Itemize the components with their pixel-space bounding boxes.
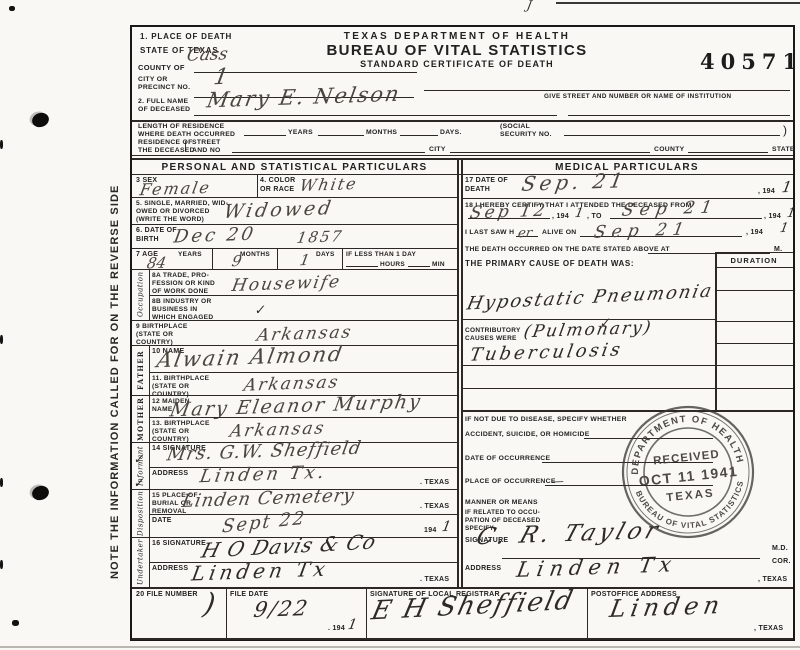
days-label: DAYS. <box>440 129 462 137</box>
punch-hole <box>30 111 50 130</box>
age-years-label: YEARS <box>178 251 202 259</box>
hours-label: HOURS <box>380 261 405 269</box>
father-side-label: FATHER <box>132 345 149 395</box>
contributory-2: Tuberculosis <box>468 339 625 365</box>
death-certificate-scan: J NOTE THE INFORMATION CALLED FOR ON THE… <box>0 0 800 650</box>
informant-addr-label: ADDRESS <box>152 470 188 479</box>
physician-address: Linden Tx <box>515 552 679 582</box>
rule-line <box>568 115 790 116</box>
bureau-title: BUREAU OF VITAL STATISTICS <box>287 42 627 59</box>
burial-date-label: DATE <box>152 517 172 526</box>
ssn-label: (SOCIAL SECURITY NO. <box>500 123 552 140</box>
not-disease-label: IF NOT DUE TO DISEASE, SPECIFY WHETHER <box>465 416 627 424</box>
rule-line <box>132 248 457 249</box>
date-occurrence-label: DATE OF OCCURRENCE <box>465 455 550 463</box>
primary-cause-value: Hypostatic Pneumonia <box>465 280 715 314</box>
county2-label: COUNTY <box>654 146 685 154</box>
file-number-label: 20 FILE NUMBER <box>136 591 198 600</box>
pen-mark: J <box>526 0 533 12</box>
mother-birthplace-label: 13. BIRTHPLACE (STATE OR COUNTRY) <box>152 420 210 445</box>
rule-line <box>244 135 286 136</box>
cell-divider <box>226 587 227 638</box>
registration-number: 40571 <box>700 49 800 74</box>
cell-divider <box>277 248 278 269</box>
industry-label: 8B INDUSTRY OR BUSINESS IN WHICH ENGAGED <box>152 298 213 323</box>
full-name-value: Mary E. Nelson <box>205 82 403 113</box>
father-birthplace-value: Arkansas <box>242 372 341 395</box>
rule-line <box>318 135 364 136</box>
alive-on-label: ALIVE ON <box>542 229 577 237</box>
to-year-digit: 1 <box>786 206 797 221</box>
year-printed: , 194 <box>758 188 775 197</box>
stamp-texas: TEXAS <box>666 487 715 504</box>
rule-line <box>132 155 793 156</box>
certificate-title: STANDARD CERTIFICATE OF DEATH <box>287 59 627 69</box>
duration-box-border <box>715 252 717 410</box>
rule-line <box>132 224 457 225</box>
rule-line <box>346 266 378 267</box>
rule-line <box>132 174 793 175</box>
rule-line <box>408 266 430 267</box>
reverse-side-note: NOTE THE INFORMATION CALLED FOR ON THE R… <box>103 148 127 616</box>
death-occurred-line: THE DEATH OCCURRED ON THE DATE STATED AB… <box>465 246 670 254</box>
city-precinct-label: CITY OR PRECINCT NO. <box>138 76 190 93</box>
rule-line <box>424 90 790 91</box>
pen-check-mark: ✓ <box>133 450 146 467</box>
m-label: M. <box>774 246 782 255</box>
residence-length-label: LENGTH OF RESIDENCE WHERE DEATH OCCURRED <box>138 123 235 140</box>
rule-line <box>564 135 780 136</box>
place-of-death-label: 1. PLACE OF DEATH <box>140 32 232 42</box>
postoffice-value: Linden <box>608 591 727 623</box>
rule-line <box>132 120 793 122</box>
rule-line <box>688 152 768 153</box>
age-months-value: 9 <box>230 252 243 270</box>
scan-speck <box>0 478 3 487</box>
dob-label: 6. DATE OF BIRTH <box>136 227 177 245</box>
mother-birthplace-value: Arkansas <box>228 418 327 441</box>
pen-paren-mark: ) <box>201 587 218 621</box>
place-occurrence-label: PLACE OF OCCURRENCE <box>465 478 556 486</box>
county-value: Cass <box>185 44 229 66</box>
texas-suffix: , TEXAS <box>758 576 787 585</box>
rule-line <box>132 638 793 640</box>
disposition-side-label: Disposition <box>132 489 149 537</box>
pen-dash-mark: — <box>551 474 565 489</box>
last-saw-hand: er <box>517 226 534 242</box>
year-printed: . 194 <box>328 625 345 634</box>
rule-line <box>132 269 457 270</box>
rule-line <box>461 365 715 366</box>
file-year-digit: 1 <box>347 617 359 633</box>
dod-value: Sep. 21 <box>520 168 629 196</box>
file-date-value: 9/22 <box>252 596 311 622</box>
county-label: COUNTY OF <box>138 63 185 72</box>
primary-cause-label: THE PRIMARY CAUSE OF DEATH WAS: <box>465 259 634 269</box>
scan-edge-line <box>556 2 800 4</box>
race-label: 4. COLOR OR RACE <box>260 177 295 195</box>
years-label: YEARS <box>288 129 313 137</box>
street-note-label: GIVE STREET AND NUMBER OR NAME OF INSTIT… <box>544 93 731 101</box>
undertaker-addr-label: ADDRESS <box>152 565 188 574</box>
min-label: MIN <box>432 261 445 269</box>
rule-line <box>132 158 793 160</box>
last-saw-year-digit: 1 <box>779 221 790 236</box>
pen-check-mark: ✓ <box>254 301 267 318</box>
ssn-close-paren: ) <box>783 123 787 138</box>
year-printed: 194 <box>424 527 437 536</box>
marital-label: 5. SINGLE, MARRIED, WID- OWED OR DIVORCE… <box>136 200 228 225</box>
trade-label: 8A TRADE, PRO- FESSION OR KIND OF WORK D… <box>152 272 215 297</box>
informant-address: Linden Tx. <box>198 462 328 488</box>
rule-line <box>132 320 457 321</box>
age-months-label: MONTHS <box>240 251 270 259</box>
rule-line <box>461 198 793 199</box>
burial-year-digit: 1 <box>441 519 453 535</box>
manner-label: MANNER OR MEANS <box>465 499 538 507</box>
rule-line <box>468 218 550 219</box>
less-than-day-label: IF LESS THAN 1 DAY <box>346 251 416 259</box>
punch-hole <box>30 484 50 503</box>
cell-divider <box>257 174 258 197</box>
texas-suffix: . TEXAS <box>420 503 449 512</box>
dod-year-digit: 1 <box>780 178 793 196</box>
mother-side-label: MOTHER <box>132 395 149 442</box>
last-saw-prefix: I LAST SAW H <box>465 229 514 237</box>
contributory-1: (Pulmonary) <box>522 318 654 343</box>
undertaker-sig-label: 16 SIGNATURE <box>152 540 206 549</box>
full-name-label: 2. FULL NAME OF DECEASED <box>138 98 190 115</box>
occupation-side-label: Occupation <box>132 269 149 320</box>
personal-section-title: PERSONAL AND STATISTICAL PARTICULARS <box>132 162 457 175</box>
rule-line <box>400 135 438 136</box>
dob-year: 1857 <box>295 227 344 247</box>
rule-line <box>450 152 650 153</box>
cor-label: COR. <box>772 558 791 567</box>
attended-from-value: Sep 12 <box>468 201 549 224</box>
last-saw-date: Sep 21 <box>592 219 691 242</box>
scan-speck <box>12 620 19 626</box>
undertaker-side-label: Undertaker <box>132 537 149 587</box>
year-printed: , 194 <box>764 213 781 222</box>
age-days-label: DAYS <box>316 251 335 259</box>
year-printed: , 194 <box>552 213 569 222</box>
column-divider <box>461 158 463 587</box>
dob-month-day: Dec 20 <box>172 224 257 248</box>
months-label: MONTHS <box>366 129 397 137</box>
column-divider <box>457 158 459 587</box>
scan-speck <box>0 335 3 344</box>
rule-line <box>461 388 715 389</box>
from-year-digit: 1 <box>574 206 585 221</box>
age-days-value: 1 <box>298 251 311 269</box>
cell-divider <box>342 248 343 269</box>
marital-value: Widowed <box>222 197 335 223</box>
rule-line <box>648 253 770 254</box>
race-value: White <box>298 174 359 195</box>
physician-addr-label: ADDRESS <box>465 565 501 574</box>
rule-line <box>194 115 557 116</box>
texas-suffix: . TEXAS <box>420 576 449 585</box>
rule-line <box>715 267 793 268</box>
accident-label: ACCIDENT, SUICIDE, OR HOMICIDE <box>465 431 590 439</box>
rule-line <box>232 152 425 153</box>
received-stamp: DEPARTMENT OF HEALTH BUREAU OF VITAL STA… <box>611 395 765 549</box>
texas-suffix: , TEXAS <box>754 625 783 634</box>
cell-divider <box>366 587 367 638</box>
cell-divider <box>212 248 213 269</box>
rule-line <box>715 343 793 344</box>
undertaker-address: Linden Tx <box>190 557 331 586</box>
state-label: STATE <box>772 146 795 154</box>
dept-title: TEXAS DEPARTMENT OF HEALTH <box>287 31 627 42</box>
rule-line <box>715 365 793 366</box>
rule-line <box>149 295 457 296</box>
rule-line <box>715 252 793 253</box>
rule-line <box>715 388 793 389</box>
contributory-label: CONTRIBUTORY CAUSES WERE <box>465 327 521 343</box>
to-label: , TO <box>587 213 602 222</box>
scan-edge-line <box>0 646 800 648</box>
rule-line <box>715 321 793 322</box>
city-label: CITY <box>429 146 446 154</box>
scan-speck <box>0 560 3 569</box>
md-label: M.D. <box>772 545 788 554</box>
precinct-value: 1 <box>212 65 230 91</box>
duration-label: DURATION <box>715 256 793 265</box>
rule-line <box>132 587 793 589</box>
cell-divider <box>587 587 588 638</box>
scan-speck <box>9 6 15 11</box>
birthplace-label: 9 BIRTHPLACE (STATE OR COUNTRY) <box>136 323 188 348</box>
rule-line <box>149 417 457 418</box>
scan-speck <box>0 140 3 149</box>
rule-line <box>715 290 793 291</box>
dod-label: 17 DATE OF DEATH <box>465 177 508 195</box>
year-printed: , 194 <box>746 229 763 238</box>
texas-suffix: . TEXAS <box>420 479 449 488</box>
rail-divider <box>149 345 150 587</box>
certificate-form: 1. PLACE OF DEATH STATE OF TEXAS TEXAS D… <box>130 25 795 641</box>
bracket-bar: | <box>184 140 187 154</box>
street-no-label: STREET AND NO <box>192 139 221 156</box>
trade-value: Housewife <box>230 272 343 296</box>
